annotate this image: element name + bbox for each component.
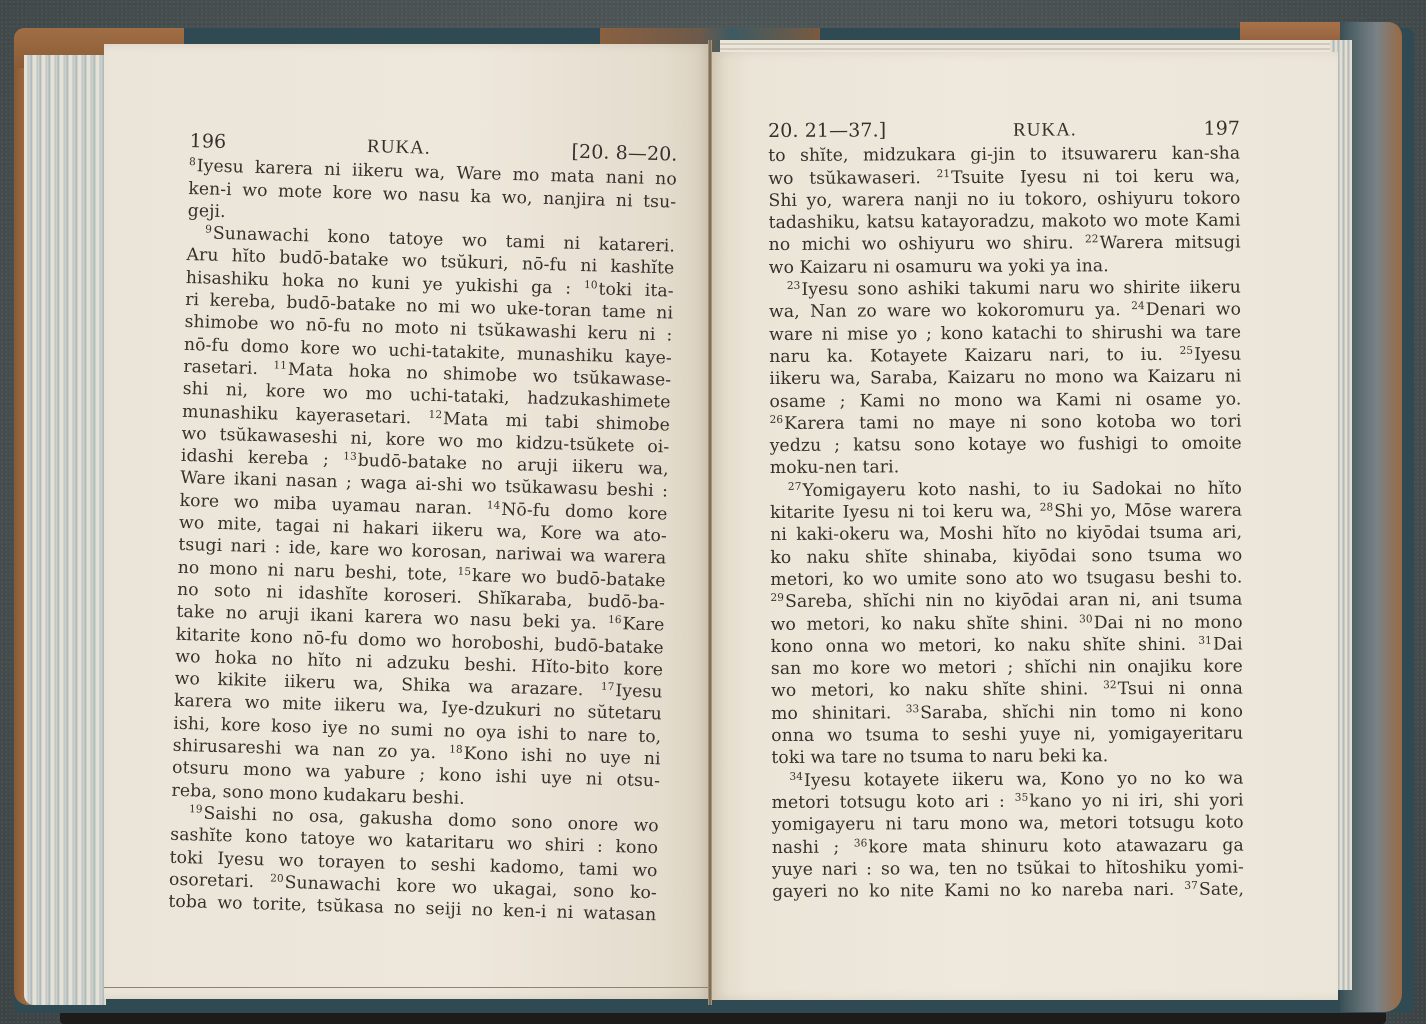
verse-number: 12 xyxy=(428,408,442,420)
text-line: Shi yo, warera nanji no iu tokoro, oshiy… xyxy=(768,187,1240,212)
page-edge-line xyxy=(104,987,710,988)
line-text: Sate, xyxy=(1199,880,1244,900)
text-line: 26Karera tami no maye ni sono kotoba wo … xyxy=(770,410,1242,435)
line-text: osoretari. xyxy=(169,870,271,893)
verse-number: 21 xyxy=(937,168,951,180)
verse-number: 28 xyxy=(1040,502,1054,514)
line-text: wo tsŭkawaseri. xyxy=(768,168,936,189)
left-page-lines: 8Iyesu karera ni iikeru wa, Ware mo mata… xyxy=(168,155,677,926)
line-text: yomigayeru ni taru mono wa, metori totsu… xyxy=(772,813,1244,835)
right-page-lines: to shĭte, midzukara gi-jin to itsuwareru… xyxy=(768,143,1244,904)
line-text: Iyesu xyxy=(615,681,663,702)
right-page: 20. 21—37.] RUKA. 197 to shĭte, midzukar… xyxy=(712,52,1338,1000)
line-text: no michi wo oshiyuru wo shiru. xyxy=(769,234,1085,256)
left-page-text: 196 RUKA. [20. 8—20. 8Iyesu karera ni ii… xyxy=(168,130,678,927)
line-text: geji. xyxy=(187,201,226,222)
verse-number: 24 xyxy=(1131,300,1145,312)
text-line: 29Sareba, shĭchi nin no kiyōdai aran ni,… xyxy=(770,589,1242,614)
text-line: 23Iyesu sono ashiki takumi naru wo shiri… xyxy=(769,277,1241,302)
line-text: Shi yo, warera nanji no iu tokoro, oshiy… xyxy=(768,188,1240,210)
line-text: yuye nari : so wa, ten no tsŭkai to hĭto… xyxy=(772,857,1244,879)
text-line: to shĭte, midzukara gi-jin to itsuwareru… xyxy=(768,143,1240,168)
verse-number: 10 xyxy=(584,279,598,291)
text-line: naru ka. Kotayete Kaizaru nari, to iu. 2… xyxy=(769,343,1241,368)
text-line: 27Yomigayeru koto nashi, to iu Sadokai n… xyxy=(770,477,1242,502)
line-text: kore mata shinuru koto atawazaru ga xyxy=(868,835,1243,857)
page-number: 197 xyxy=(1203,118,1240,140)
line-text: Tsui ni onna xyxy=(1118,679,1243,700)
verse-number: 27 xyxy=(788,481,802,493)
line-text: nashi ; xyxy=(772,837,854,857)
verse-number: 15 xyxy=(457,565,471,577)
text-line: yomigayeru ni taru mono wa, metori totsu… xyxy=(772,812,1244,837)
verse-number: 34 xyxy=(789,770,803,782)
line-text: wa, Nan zo ware wo kokoromuru ya. xyxy=(769,300,1131,322)
line-text: wo metori, ko naku shĭte shini. xyxy=(771,680,1103,702)
line-text: yedzu ; katsu sono kotaye wo fushigi to … xyxy=(770,434,1242,456)
line-text: Yomigayeru koto nashi, to iu Sadokai no … xyxy=(802,478,1242,500)
text-line: onna wo tsuma to seshi yuye ni, yomigaye… xyxy=(771,723,1243,748)
verse-number: 9 xyxy=(205,224,212,236)
line-text: onna wo tsuma to seshi yuye ni, yomigaye… xyxy=(771,724,1243,746)
line-text: Nō-fu domo kore xyxy=(501,500,668,525)
page-stack-left xyxy=(24,55,106,1005)
text-line: wo metori, ko naku shĭte shini. 30Dai ni… xyxy=(771,611,1243,636)
verse-number: 31 xyxy=(1198,635,1212,647)
verse-number: 20 xyxy=(270,872,284,884)
text-line: osame ; Kami no mono wa Kami ni osame yo… xyxy=(769,388,1241,413)
text-line: wo metori, ko naku shĭte shini. 32Tsui n… xyxy=(771,678,1243,703)
line-text: Dai xyxy=(1213,634,1243,654)
verse-number: 32 xyxy=(1103,680,1117,692)
text-line: kono onna wo metori, ko naku shĭte shini… xyxy=(771,633,1243,658)
text-line: iikeru wa, Saraba, Kaizaru no mono wa Ka… xyxy=(769,366,1241,391)
verse-number: 8 xyxy=(189,156,196,168)
line-text: wo metori, ko naku shĭte shini. xyxy=(771,613,1080,635)
text-line: ware ni mise yo ; kono katachi to shirus… xyxy=(769,321,1241,346)
line-text: idashi kereba ; xyxy=(181,446,344,471)
verse-number: 36 xyxy=(854,837,868,849)
left-page: 196 RUKA. [20. 8—20. 8Iyesu karera ni ii… xyxy=(104,44,710,999)
line-text: Saraba, shĭchi nin tomo ni kono xyxy=(920,701,1243,723)
line-text: mo shinitari. xyxy=(771,703,906,724)
verse-number: 22 xyxy=(1085,234,1099,246)
line-text: ni kaki-okeru wa, Moshi hĭto no kiyōdai … xyxy=(770,523,1242,545)
page-number: 196 xyxy=(189,130,226,153)
line-text: metori totsugu koto ari : xyxy=(772,792,1015,813)
line-text: san mo kore wo metori ; shĭchi nin onaji… xyxy=(771,657,1243,679)
verse-number: 18 xyxy=(449,743,463,755)
verse-number: 26 xyxy=(770,414,784,426)
line-text: kitarite Iyesu ni toi keru wa, xyxy=(770,502,1040,523)
verse-number: 19 xyxy=(189,803,203,815)
verse-number: 16 xyxy=(608,614,622,626)
line-text: naru ka. Kotayete Kaizaru nari, to iu. xyxy=(769,345,1179,367)
line-text: toki wa tare no tsuma to naru beki ka. xyxy=(771,747,1108,769)
text-line: wo tsŭkawaseri. 21Tsuite Iyesu ni toi ke… xyxy=(768,165,1240,190)
text-line: ko naku shĭte shinaba, kiyōdai sono tsum… xyxy=(770,544,1242,569)
line-text: iikeru wa, Saraba, Kaizaru no mono wa Ka… xyxy=(769,367,1241,389)
text-line: yuye nari : so wa, ten no tsŭkai to hĭto… xyxy=(772,856,1244,881)
verse-range: [20. 8—20. xyxy=(571,141,678,166)
text-line: tadashiku, katsu katayoradzu, makoto wo … xyxy=(768,210,1240,235)
text-line: san mo kore wo metori ; shĭchi nin onaji… xyxy=(771,656,1243,681)
text-line: no michi wo oshiyuru wo shiru. 22Warera … xyxy=(769,232,1241,257)
verse-number: 33 xyxy=(906,703,920,715)
line-text: ware ni mise yo ; kono katachi to shirus… xyxy=(769,322,1241,344)
verse-number: 30 xyxy=(1079,613,1093,625)
text-line: wa, Nan zo ware wo kokoromuru ya. 24Dena… xyxy=(769,299,1241,324)
line-text: to shĭte, midzukara gi-jin to itsuwareru… xyxy=(768,144,1240,166)
right-running-head: 20. 21—37.] RUKA. 197 xyxy=(768,118,1240,144)
line-text: Iyesu xyxy=(1194,344,1241,364)
line-text: Dai ni no mono xyxy=(1094,612,1243,633)
line-text: tadashiku, katsu katayoradzu, makoto wo … xyxy=(768,211,1240,233)
verse-number: 35 xyxy=(1015,792,1029,804)
right-page-text: 20. 21—37.] RUKA. 197 to shĭte, midzukar… xyxy=(768,118,1244,904)
verse-number: 17 xyxy=(601,681,615,693)
line-text: Iyesu sono ashiki takumi naru wo shirite… xyxy=(801,278,1241,300)
line-text: osame ; Kami no mono wa Kami ni osame yo… xyxy=(769,389,1241,411)
verse-number: 14 xyxy=(487,499,501,511)
text-line: moku-nen tari. xyxy=(770,455,1242,480)
line-text: Warera mitsugi xyxy=(1100,233,1241,254)
line-text: Karera tami no maye ni sono kotoba wo to… xyxy=(784,411,1242,433)
line-text: Shi yo, Mōse warera xyxy=(1054,501,1242,522)
text-line: wo Kaizaru ni osamuru wa yoki ya ina. xyxy=(769,254,1241,279)
text-line: gayeri no ko nite Kami no ko nareba nari… xyxy=(772,879,1244,904)
line-text: toki ita- xyxy=(598,279,674,301)
line-text: gayeri no ko nite Kami no ko nareba nari… xyxy=(772,880,1184,902)
running-title: RUKA. xyxy=(367,136,431,160)
line-text: kono onna wo metori, ko naku shĭte shini… xyxy=(771,635,1199,657)
text-line: yedzu ; katsu sono kotaye wo fushigi to … xyxy=(770,433,1242,458)
line-text: metori, ko wo umite sono ato wo tsugasu … xyxy=(770,567,1242,589)
line-text: ko naku shĭte shinaba, kiyōdai sono tsum… xyxy=(770,545,1242,567)
text-line: mo shinitari. 33Saraba, shĭchi nin tomo … xyxy=(771,700,1243,725)
verse-number: 11 xyxy=(273,359,287,371)
line-text: wo Kaizaru ni osamuru wa yoki ya ina. xyxy=(769,256,1109,278)
text-line: ni kaki-okeru wa, Moshi hĭto no kiyōdai … xyxy=(770,522,1242,547)
line-text: Tsuite Iyesu ni toi keru wa, xyxy=(951,166,1240,188)
verse-number: 23 xyxy=(787,280,801,292)
line-text: Sareba, shĭchi nin no kiyōdai aran ni, a… xyxy=(785,590,1243,612)
text-line: nashi ; 36kore mata shinuru koto atawaza… xyxy=(772,834,1244,859)
line-text: moku-nen tari. xyxy=(770,458,900,479)
text-line: toki wa tare no tsuma to naru beki ka. xyxy=(771,745,1243,770)
text-line: kitarite Iyesu ni toi keru wa, 28Shi yo,… xyxy=(770,500,1242,525)
verse-number: 13 xyxy=(343,451,357,463)
line-text: Iyesu kotayete iikeru wa, Kono yo no ko … xyxy=(804,768,1244,790)
verse-number: 37 xyxy=(1184,880,1198,892)
text-line: metori, ko wo umite sono ato wo tsugasu … xyxy=(770,566,1242,591)
line-text: kano yo ni iri, shi yori xyxy=(1029,790,1243,811)
line-text: Kare xyxy=(622,615,664,636)
verse-range: 20. 21—37.] xyxy=(768,119,886,142)
verse-number: 29 xyxy=(770,592,784,604)
line-text: rasetari. xyxy=(183,357,274,380)
verse-number: 25 xyxy=(1180,345,1194,357)
text-line: metori totsugu koto ari : 35kano yo ni i… xyxy=(772,789,1244,814)
text-line: 34Iyesu kotayete iikeru wa, Kono yo no k… xyxy=(771,767,1243,792)
line-text: Denari wo xyxy=(1146,300,1241,320)
running-title: RUKA. xyxy=(1013,119,1077,142)
